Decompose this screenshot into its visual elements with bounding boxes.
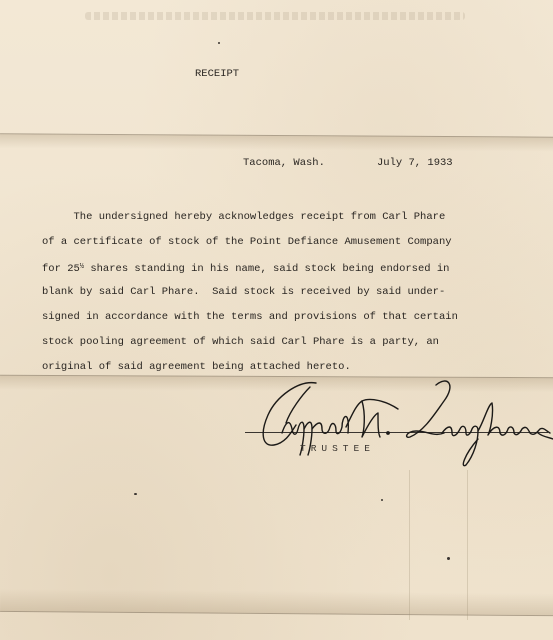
paper-crease [467,470,468,620]
scanned-document-page: RECEIPT Tacoma, Wash. July 7, 1933 The u… [0,0,553,640]
paper-speck [381,499,383,501]
body-line-suffix: shares standing in his name, said stock … [84,263,449,275]
document-title: RECEIPT [195,68,239,80]
paper-fold-lower [0,611,553,629]
body-line: for 25½ shares standing in his name, sai… [42,255,522,280]
body-line: signed in accordance with the terms and … [42,305,522,330]
document-date: July 7, 1933 [377,157,453,169]
receipt-body: The undersigned hereby acknowledges rece… [42,205,522,380]
paper-speck [218,42,220,44]
document-place: Tacoma, Wash. [243,157,325,169]
body-line: blank by said Carl Phare. Said stock is … [42,280,522,305]
handwritten-signature [238,375,553,470]
paper-speck [134,493,137,495]
paper-crease [409,470,410,620]
body-line: The undersigned hereby acknowledges rece… [42,205,522,230]
bleed-through-text [85,12,465,20]
body-line-prefix: for 25 [42,263,80,275]
paper-speck [447,557,450,560]
body-line: stock pooling agreement of which said Ca… [42,330,522,355]
body-line: of a certificate of stock of the Point D… [42,230,522,255]
signer-role: TRUSTEE [300,443,375,454]
paper-fold-upper [0,133,553,150]
